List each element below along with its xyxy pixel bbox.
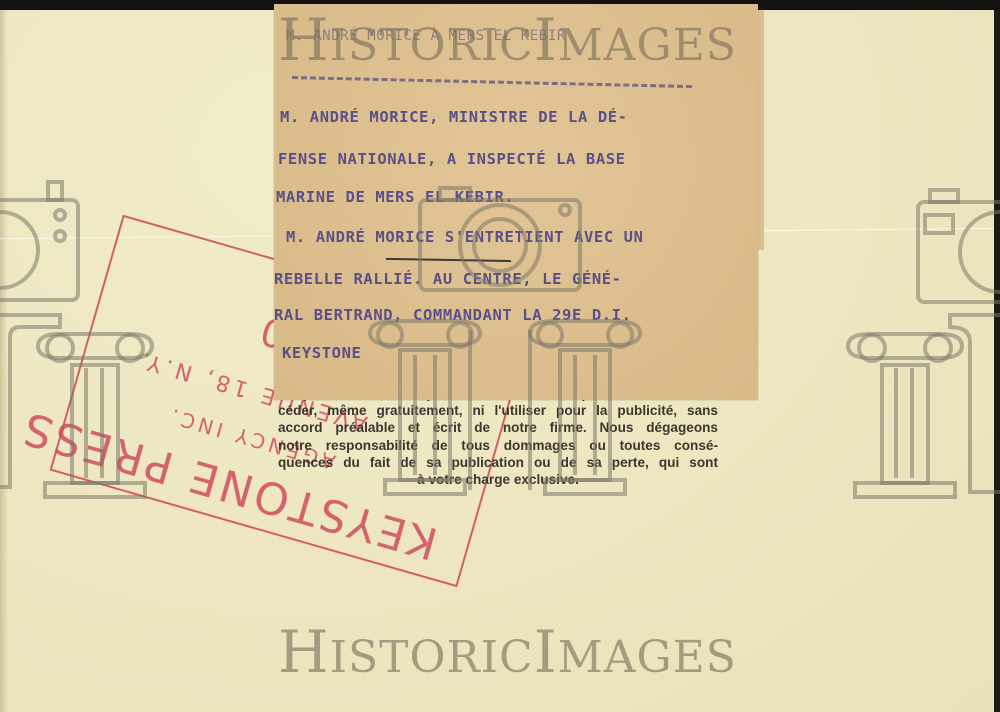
caption-line: M. ANDRÉ MORICE, MINISTRE DE LA DÉ- [280, 108, 760, 126]
column-icon [848, 334, 962, 497]
watermark-cap: H [278, 6, 330, 74]
historicimages-watermark-top: HISTORICIMAGES [278, 6, 737, 74]
camera-icon [420, 188, 580, 290]
caption-line: FENSE NATIONALE, A INSPECTÉ LA BASE [278, 150, 758, 168]
watermark-smallcaps: MAGES [558, 20, 737, 71]
column-icon [38, 334, 152, 497]
watermark-icons [0, 170, 1000, 520]
watermark-cap: I [534, 6, 558, 74]
watermark-cap: H [278, 618, 330, 686]
typed-dash-line [292, 76, 692, 92]
column-icon [530, 321, 640, 494]
watermark-smallcaps: ISTORIC [330, 632, 534, 683]
watermark-smallcaps: MAGES [558, 632, 737, 683]
historicimages-watermark-bottom: HISTORICIMAGES [278, 618, 737, 686]
watermark-smallcaps: ISTORIC [330, 20, 534, 71]
column-icon [370, 321, 480, 494]
watermark-cap: I [534, 618, 558, 686]
